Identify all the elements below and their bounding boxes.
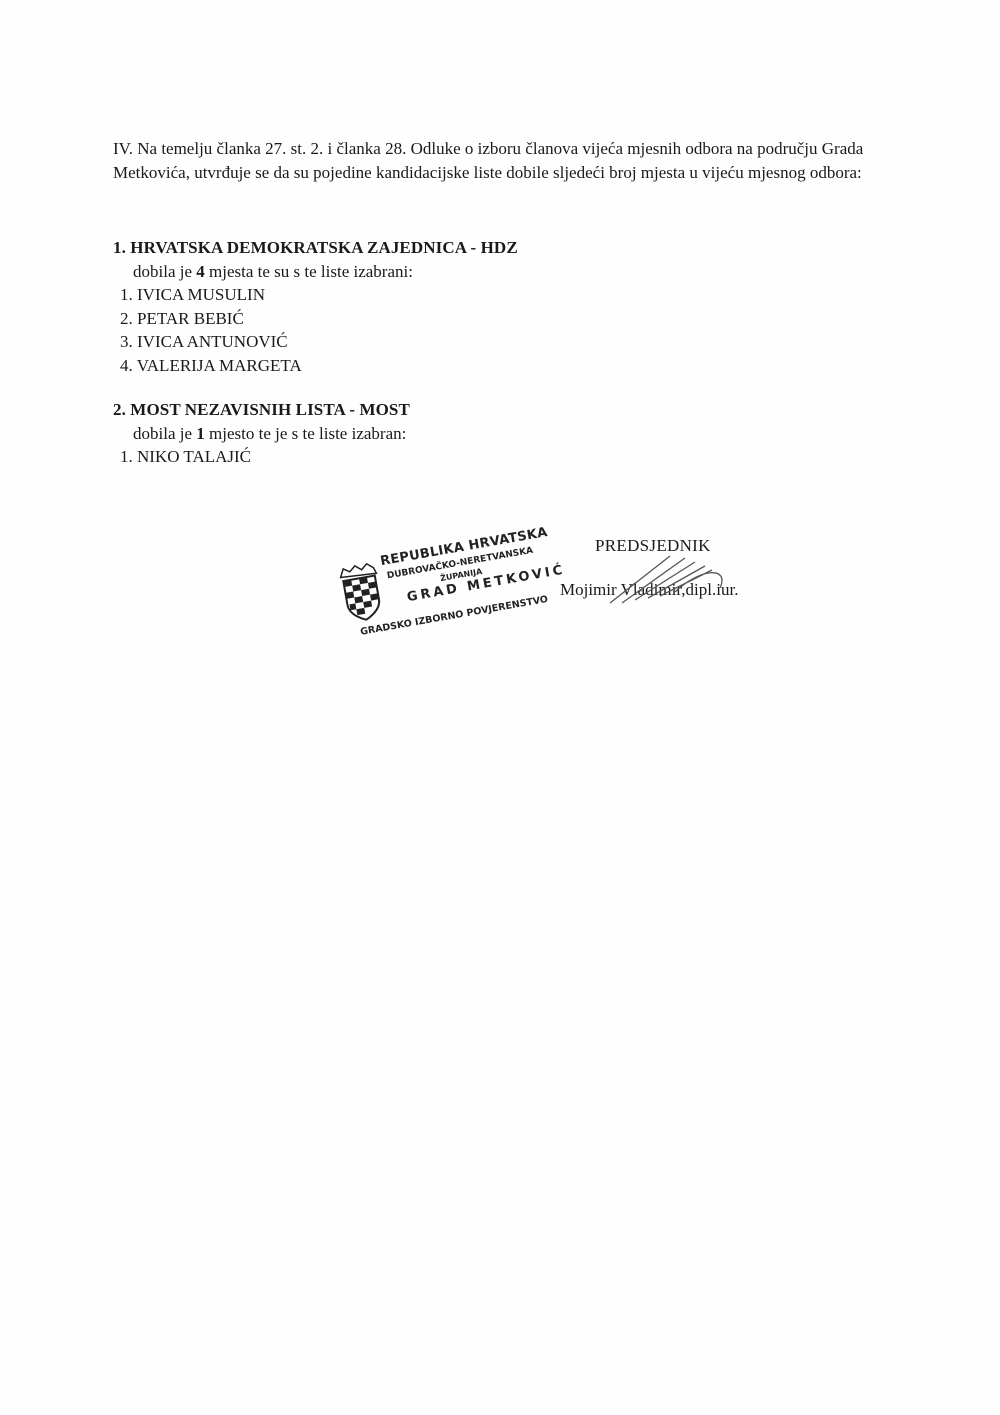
member-item: 3. IVICA ANTUNOVIĆ (113, 330, 518, 354)
seats-suffix: mjesta te su s te liste izabrani: (205, 262, 413, 281)
stamp-line: GRADSKO IZBORNO POVJERENSTVO (359, 594, 548, 638)
member-item: 1. NIKO TALAJIĆ (113, 445, 410, 469)
seats-prefix: dobila je (133, 262, 196, 281)
list-title: 2. MOST NEZAVISNIH LISTA - MOST (113, 398, 410, 422)
list-section-most: 2. MOST NEZAVISNIH LISTA - MOST dobila j… (113, 398, 410, 469)
list-title: 1. HRVATSKA DEMOKRATSKA ZAJEDNICA - HDZ (113, 236, 518, 260)
member-item: 4. VALERIJA MARGETA (113, 354, 518, 378)
seats-line: dobila je 1 mjesto te je s te liste izab… (113, 422, 410, 446)
seats-line: dobila je 4 mjesta te su s te liste izab… (113, 260, 518, 284)
seats-suffix: mjesto te je s te liste izabran: (205, 424, 407, 443)
seats-count: 4 (196, 262, 205, 281)
seats-count: 1 (196, 424, 205, 443)
intro-paragraph: IV. Na temelju članka 27. st. 2. i člank… (113, 137, 913, 184)
document-page: IV. Na temelju članka 27. st. 2. i člank… (0, 0, 1000, 1415)
member-item: 1. IVICA MUSULIN (113, 283, 518, 307)
handwritten-signature (600, 548, 760, 608)
seats-prefix: dobila je (133, 424, 196, 443)
list-section-hdz: 1. HRVATSKA DEMOKRATSKA ZAJEDNICA - HDZ … (113, 236, 518, 377)
coat-of-arms-icon (337, 561, 386, 625)
official-stamp: REPUBLIKA HRVATSKA DUBROVAČKO-NERETVANSK… (324, 500, 581, 660)
member-item: 2. PETAR BEBIĆ (113, 307, 518, 331)
